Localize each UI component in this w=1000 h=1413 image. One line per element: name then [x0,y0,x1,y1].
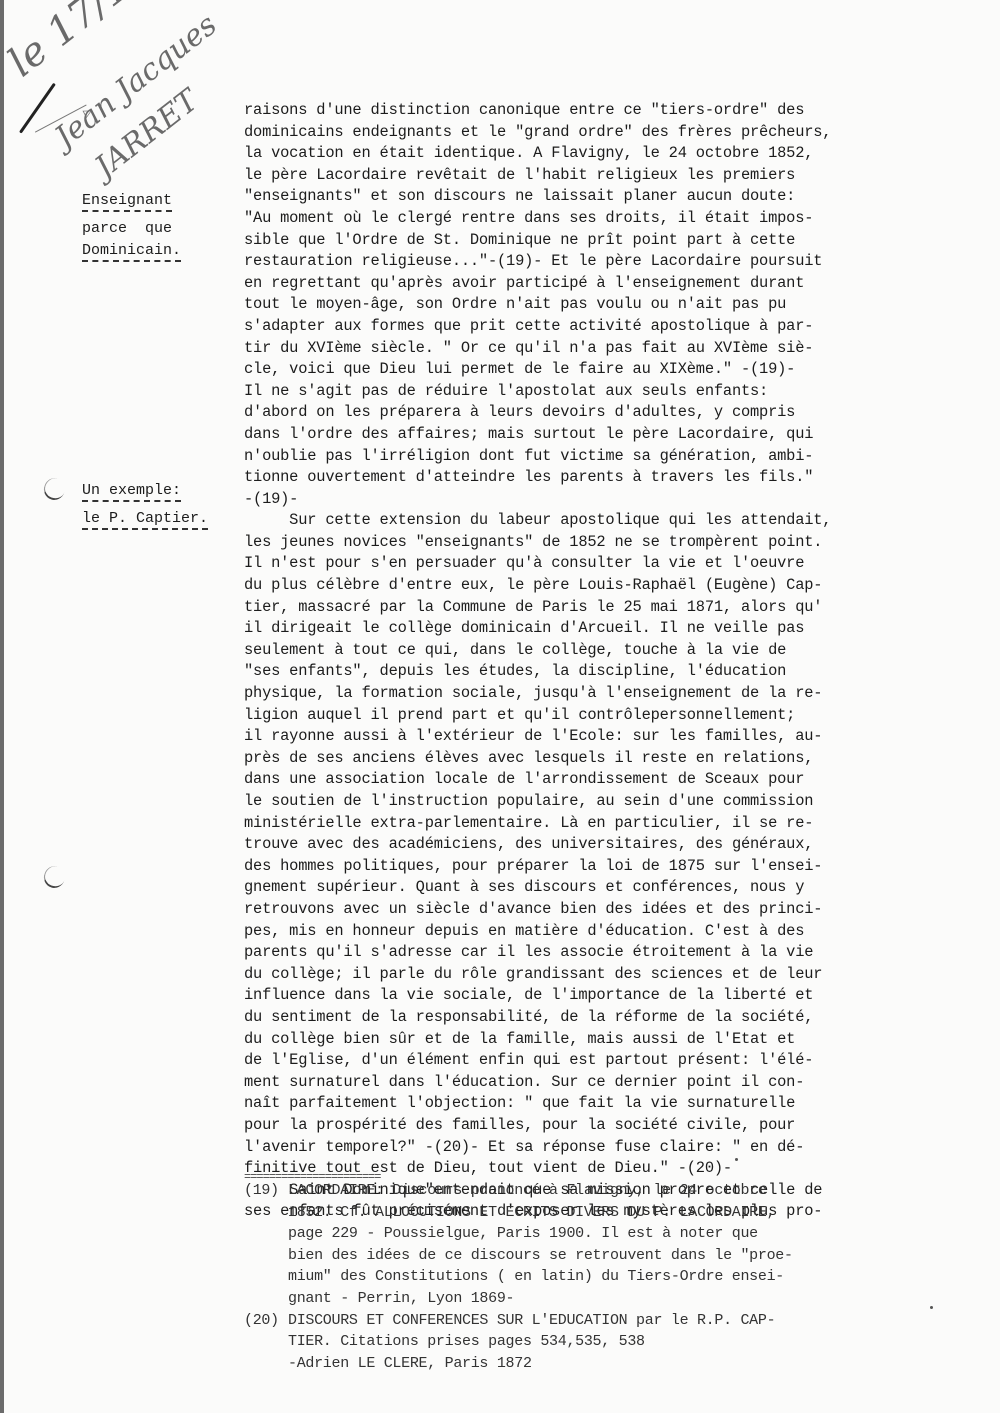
footnote-text: LACORDAIRE: Discours prononcé à Flavigny… [288,1180,793,1310]
body-line: pes, mis en honneur depuis en matière d'… [244,921,984,943]
body-line: près de ses anciens élèves avec lesquels… [244,748,984,770]
body-line: ment surnaturel dans l'éducation. Sur ce… [244,1072,984,1094]
body-line: restauration religieuse..."-(19)- Et le … [244,251,984,273]
margin-note-line: Un exemple: [82,480,208,502]
body-line: Sur cette extension du labeur apostoliqu… [244,510,984,532]
margin-note-text: parce que [82,220,172,237]
body-line: naît parfaitement l'objection: " que fai… [244,1093,984,1115]
body-line: du collège; il parle du rôle grandissant… [244,964,984,986]
margin-note-line: le P. Captier. [82,508,208,530]
punch-hole-icon [41,863,68,891]
body-line: ministérielle extra-parlementaire. Là en… [244,813,984,835]
footnote: (19)LACORDAIRE: Discours prononcé à Flav… [244,1180,984,1310]
body-line: de l'Eglise, d'un élément enfin qui est … [244,1050,984,1072]
body-line: "Au moment où le clergé rentre dans ses … [244,208,984,230]
body-line: "ses enfants", depuis les études, la dis… [244,661,984,683]
margin-note-enseignant: Enseignant parce que Dominicain. [82,190,181,262]
body-line: du collège bien sûr et de la famille, ma… [244,1029,984,1051]
footnote-number: (20) [244,1310,288,1375]
body-line: Il ne s'agit pas de réduire l'apostolat … [244,381,984,403]
body-line: dans une association locale de l'arrondi… [244,769,984,791]
footnote-line: 1852. Cf. ALLOCUTIONS ET ECRITS DIVERS D… [288,1202,793,1224]
body-line: trouve avec des académiciens, des univer… [244,834,984,856]
body-line: sible que l'Ordre de St. Dominique ne pr… [244,230,984,252]
body-line: gnement supérieur. Quant à ses discours … [244,877,984,899]
body-line: des hommes politiques, pour préparer la … [244,856,984,878]
footnote-line: gnant - Perrin, Lyon 1869- [288,1288,793,1310]
body-line: tier, massacré par la Commune de Paris l… [244,597,984,619]
footnote: (20)DISCOURS ET CONFERENCES SUR L'EDUCAT… [244,1310,984,1375]
margin-note-text: Un exemple: [82,482,181,502]
body-line: "enseignants" et son discours ne laissai… [244,186,984,208]
margin-note-line: Dominicain. [82,240,181,262]
body-line: du sentiment de la responsabilité, de la… [244,1007,984,1029]
footnotes: (19)LACORDAIRE: Discours prononcé à Flav… [244,1180,984,1374]
body-line: dans l'ordre des affaires; mais surtout … [244,424,984,446]
body-line: tout le moyen-âge, son Ordre n'ait pas v… [244,294,984,316]
body-line: physique, la formation sociale, jusqu'à … [244,683,984,705]
body-line: l'avenir temporel?" -(20)- Et sa réponse… [244,1137,984,1159]
body-line: en regrettant qu'après avoir participé à… [244,273,984,295]
body-line: il dirigeait le collège dominicain d'Arc… [244,618,984,640]
body-line: il rayonne aussi à l'extérieur de l'Ecol… [244,726,984,748]
body-text: raisons d'une distinction canonique entr… [244,100,984,1223]
body-line: Il n'est pour s'en persuader qu'à consul… [244,553,984,575]
body-line: ligion auquel il prend part et qu'il con… [244,705,984,727]
margin-note-text: le P. Captier. [82,510,208,530]
body-line: s'adapter aux formes que prit cette acti… [244,316,984,338]
footnote-line: -Adrien LE CLERE, Paris 1872 [288,1353,775,1375]
body-line: retrouvons avec un siècle d'avance bien … [244,899,984,921]
body-line: influence dans la vie sociale, de l'impo… [244,985,984,1007]
footnote-line: LACORDAIRE: Discours prononcé à Flavigny… [288,1180,793,1202]
ink-speck [930,1306,933,1309]
margin-note-line: parce que [82,218,181,240]
body-line: cle, voici que Dieu lui permet de le fai… [244,359,984,381]
body-line: n'oublie pas l'irréligion dont fut victi… [244,446,984,468]
footnote-line: TIER. Citations prises pages 534,535, 53… [288,1331,775,1353]
page-edge [0,0,4,1413]
margin-note-exemple: Un exemple: le P. Captier. [82,480,208,530]
punch-hole-icon [41,475,68,503]
margin-note-text: Enseignant [82,192,172,212]
body-line: d'abord on les préparera à leurs devoirs… [244,402,984,424]
body-line: les jeunes novices "enseignants" de 1852… [244,532,984,554]
body-line: du plus célèbre d'entre eux, le père Lou… [244,575,984,597]
body-line: tionne ouvertement d'atteindre les paren… [244,467,984,489]
footnote-text: DISCOURS ET CONFERENCES SUR L'EDUCATION … [288,1310,775,1375]
body-line: parents qu'il s'adresse car il les assoc… [244,942,984,964]
body-line: la vocation en était identique. A Flavig… [244,143,984,165]
margin-note-line: Enseignant [82,190,181,212]
footnote-number: (19) [244,1180,288,1310]
body-line: raisons d'une distinction canonique entr… [244,100,984,122]
body-line: pour la prospérité des familles, pour la… [244,1115,984,1137]
body-line: le soutien de l'instruction populaire, a… [244,791,984,813]
body-line: le père Lacordaire revêtait de l'habit r… [244,165,984,187]
footnote-line: DISCOURS ET CONFERENCES SUR L'EDUCATION … [288,1310,775,1332]
body-line: -(19)- [244,489,984,511]
margin-note-text: Dominicain. [82,242,181,262]
body-line: dominicains endeignants et le "grand ord… [244,122,984,144]
footnote-line: mium" des Constitutions ( en latin) du T… [288,1266,793,1288]
body-line: seulement à tout ce qui, dans le collège… [244,640,984,662]
ink-speck [735,1158,738,1161]
footnote-line: page 229 - Poussielgue, Paris 1900. Il e… [288,1223,793,1245]
footnote-line: bien des idées de ce discours se retrouv… [288,1245,793,1267]
body-line: tir du XVIème siècle. " Or ce qu'il n'a … [244,338,984,360]
